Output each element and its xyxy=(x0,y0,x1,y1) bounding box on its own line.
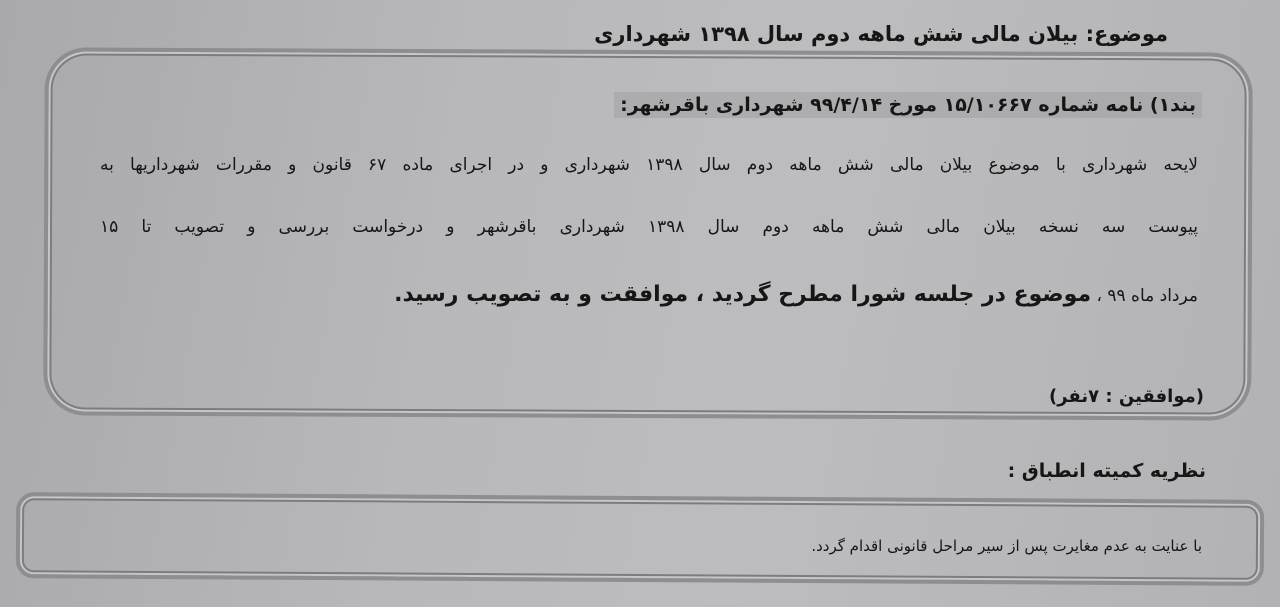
item-body-line-2: پیوست سه نسخه بیلان مالی شش ماهه دوم سال… xyxy=(100,217,1198,237)
item-body-line-1: لایحه شهرداری با موضوع بیلان مالی شش ماه… xyxy=(100,155,1198,175)
item-body-line-3: مرداد ماه ۹۹ ، موضوع در جلسه شورا مطرح گ… xyxy=(394,282,1198,307)
item-body-line-3-regular: مرداد ماه ۹۹ ، xyxy=(1091,286,1198,306)
committee-title: نظریه کمیته انطباق : xyxy=(1008,460,1206,482)
subject-title: موضوع: بیلان مالی شش ماهه دوم سال ۱۳۹۸ ش… xyxy=(200,22,1168,46)
item-heading: بند۱) نامه شماره ۱۵/۱۰۶۶۷ مورخ ۹۹/۴/۱۴ ش… xyxy=(614,92,1202,118)
resolution-text: موضوع در جلسه شورا مطرح گردید ، موافقت و… xyxy=(394,282,1091,307)
committee-opinion: با عنایت به عدم مغایرت پس از سیر مراحل ق… xyxy=(811,537,1202,555)
approvers-count: (موافقین : ۷نفر) xyxy=(1049,386,1204,407)
